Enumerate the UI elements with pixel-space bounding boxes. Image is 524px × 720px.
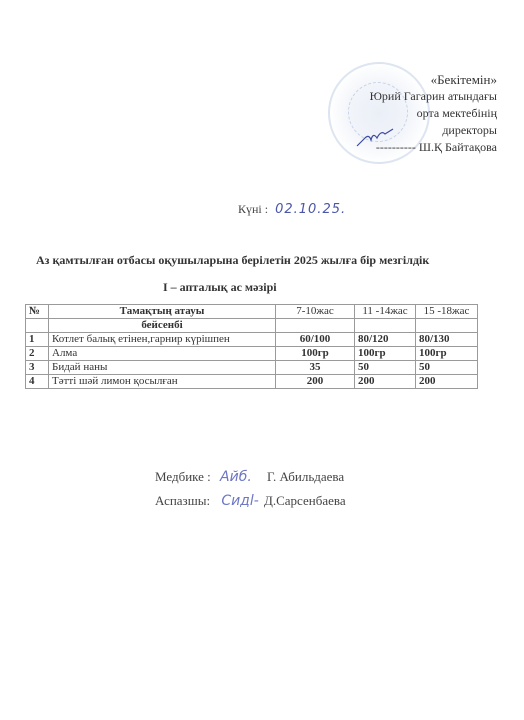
empty-cell [355, 319, 416, 333]
row-name: Котлет балық етінен,гарнир күрішпен [49, 333, 276, 347]
signer-name: Г. Абильдаева [267, 465, 344, 489]
row-value: 80/130 [416, 333, 478, 347]
day-row: бейсенбі [26, 319, 478, 333]
row-value: 60/100 [276, 333, 355, 347]
approval-line: директоры [370, 122, 497, 139]
row-value: 200 [355, 375, 416, 389]
row-value: 50 [416, 361, 478, 375]
row-num: 2 [26, 347, 49, 361]
row-value: 200 [416, 375, 478, 389]
approval-block: «Бекітемін» Юрий Гагарин атындағы орта м… [370, 71, 497, 156]
table-row: 2 Алма 100гр 100гр 100гр [26, 347, 478, 361]
empty-cell [26, 319, 49, 333]
row-value: 200 [276, 375, 355, 389]
header-age-7-10: 7-10жас [276, 305, 355, 319]
signature: Сидl- [221, 489, 259, 513]
row-value: 50 [355, 361, 416, 375]
row-value: 100гр [355, 347, 416, 361]
signer-nurse: Медбике : Айб. Г. Абильдаева [155, 465, 259, 489]
date-value: 02.10.25. [275, 202, 346, 217]
row-name: Алма [49, 347, 276, 361]
signers-block: Медбике : Айб. Г. Абильдаева Аспазшы: Си… [155, 465, 259, 513]
header-num: № [26, 305, 49, 319]
approval-line: ---------- Ш.Қ Байтақова [370, 139, 497, 156]
empty-cell [276, 319, 355, 333]
menu-table: № Тамақтың атауы 7-10жас 11 -14жас 15 -1… [25, 304, 478, 389]
row-num: 1 [26, 333, 49, 347]
header-age-15-18: 15 -18жас [416, 305, 478, 319]
signer-role: Аспазшы: [155, 489, 210, 513]
empty-cell [416, 319, 478, 333]
row-name: Тәтті шәй лимон қосылған [49, 375, 276, 389]
approval-line: Юрий Гагарин атындағы [370, 88, 497, 105]
document-subheading: І – апталық ас мәзірі [163, 280, 277, 295]
header-name: Тамақтың атауы [49, 305, 276, 319]
signer-role: Медбике : [155, 465, 211, 489]
signer-name: Д.Сарсенбаева [264, 489, 346, 513]
row-value: 100гр [416, 347, 478, 361]
row-value: 35 [276, 361, 355, 375]
row-num: 3 [26, 361, 49, 375]
table-row: 4 Тәтті шәй лимон қосылған 200 200 200 [26, 375, 478, 389]
signer-cook: Аспазшы: Сидl- Д.Сарсенбаева [155, 489, 259, 513]
row-value: 80/120 [355, 333, 416, 347]
signature: Айб. [220, 465, 252, 489]
approval-title: «Бекітемін» [370, 71, 497, 88]
row-num: 4 [26, 375, 49, 389]
table-row: 3 Бидай наны 35 50 50 [26, 361, 478, 375]
header-age-11-14: 11 -14жас [355, 305, 416, 319]
date-line: Күні : 02.10.25. [238, 202, 346, 217]
row-name: Бидай наны [49, 361, 276, 375]
table-header-row: № Тамақтың атауы 7-10жас 11 -14жас 15 -1… [26, 305, 478, 319]
date-label: Күні : [238, 202, 268, 216]
day-label: бейсенбі [49, 319, 276, 333]
row-value: 100гр [276, 347, 355, 361]
document-heading: Аз қамтылған отбасы оқушыларына берілеті… [36, 253, 429, 268]
approval-line: орта мектебінің [370, 105, 497, 122]
table-row: 1 Котлет балық етінен,гарнир күрішпен 60… [26, 333, 478, 347]
